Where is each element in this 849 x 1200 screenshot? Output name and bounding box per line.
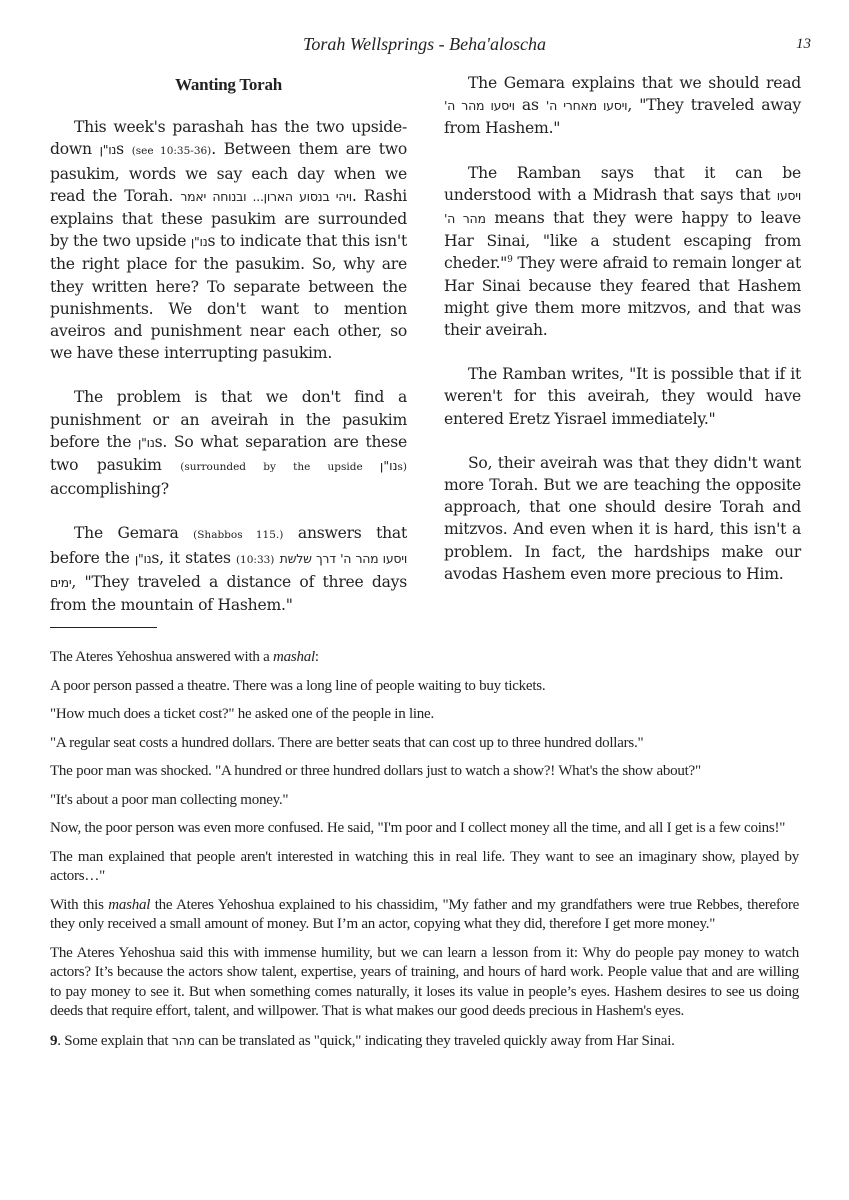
paragraph: The Gemara explains that we should read …: [444, 72, 801, 140]
section-title: Wanting Torah: [50, 74, 407, 96]
footnote-paragraph: The Ateres Yehoshua answered with a mash…: [50, 648, 799, 668]
page-number: 13: [796, 36, 811, 53]
hebrew-text: נו"ן: [380, 458, 398, 473]
left-column: Wanting Torah This week's parashah has t…: [50, 72, 407, 638]
footnote-paragraph: The Ateres Yehoshua said this with immen…: [50, 944, 799, 1022]
footnote-paragraph: A poor person passed a theatre. There wa…: [50, 677, 799, 697]
paragraph: The problem is that we don't find a puni…: [50, 386, 407, 500]
paragraph: The Gemara (Shabbos 115.) answers that b…: [50, 522, 407, 616]
source-reference: (10:33): [236, 554, 274, 566]
hebrew-text: ויהי בנסוע הארון... ובנוחה יאמר: [180, 189, 351, 204]
hebrew-text: נו"ן: [100, 142, 117, 157]
paragraph: This week's parashah has the two upside-…: [50, 116, 407, 364]
paragraph: The Ramban says that it can be understoo…: [444, 162, 801, 342]
hebrew-text: מהר: [172, 1033, 195, 1048]
footnote-paragraph: "It's about a poor man collecting money.…: [50, 791, 799, 811]
footnote-paragraph: "A regular seat costs a hundred dollars.…: [50, 734, 799, 754]
paragraph: The Ramban writes, "It is possible that …: [444, 363, 801, 430]
source-reference: (see 10:35-36): [132, 145, 212, 157]
running-header: Torah Wellsprings - Beha'aloscha 13: [0, 32, 849, 58]
hebrew-text: נו"ן: [191, 234, 208, 249]
footnote-paragraph: Now, the poor person was even more confu…: [50, 819, 799, 839]
source-reference: (surrounded by the upside נו"ןs): [180, 461, 407, 473]
hebrew-text: ויסעו מהר ה': [444, 98, 515, 113]
footnote-paragraph: The poor man was shocked. "A hundred or …: [50, 762, 799, 782]
footnote-paragraph: With this mashal the Ateres Yehoshua exp…: [50, 896, 799, 935]
source-reference: (Shabbos 115.): [193, 529, 283, 541]
right-column: The Gemara explains that we should read …: [444, 72, 801, 607]
header-title: Torah Wellsprings - Beha'aloscha: [0, 34, 849, 55]
hebrew-text: נו"ן: [135, 551, 152, 566]
footnote-9: 9. Some explain that מהר can be translat…: [50, 1031, 799, 1052]
footnote-divider: [50, 627, 157, 628]
paragraph: So, their aveirah was that they didn't w…: [444, 452, 801, 585]
footnote-paragraph: "How much does a ticket cost?" he asked …: [50, 705, 799, 725]
hebrew-text: ויסעו מאחרי ה': [546, 98, 627, 113]
hebrew-text: נו"ן: [138, 435, 155, 450]
footnote-paragraph: The man explained that people aren't int…: [50, 848, 799, 887]
footnotes-section: The Ateres Yehoshua answered with a mash…: [50, 648, 799, 1060]
